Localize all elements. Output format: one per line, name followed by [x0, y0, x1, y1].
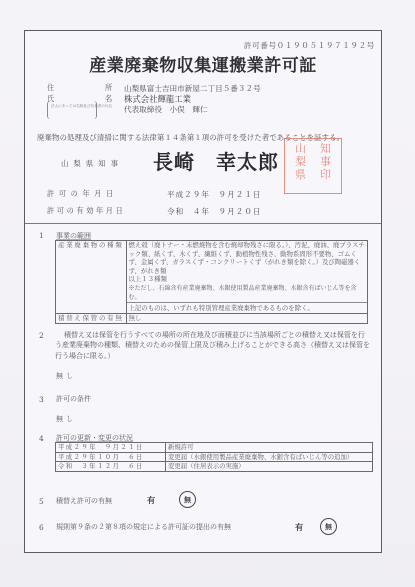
permit-number: 許可番号０１９０５１９７１９２号: [244, 40, 375, 51]
section-2-text: 積替え又は保管を行うすべての場所の所在地及び面積並びに当該場所ごとの積替え又は保…: [55, 330, 371, 361]
section-5-title: 積替え許可の有無: [56, 496, 112, 506]
table-row: 平成２９年 ９月２１日 新規許可: [56, 443, 373, 453]
seal-char: 梨: [288, 155, 313, 168]
section-4-number: 4: [39, 434, 44, 443]
waste-type-cell: 燃え殻（廃トナー・未燃焼物を含む焼却物残さに限る。）、汚泥、廃油、廃プラスチック…: [126, 241, 367, 314]
corporate-note: 法人にあっては名称及び代表者の氏名: [47, 101, 97, 119]
seal-char: 印: [313, 168, 338, 181]
seal-char: 事: [313, 155, 338, 168]
section-divider: [25, 223, 381, 224]
waste-type-header: 産業廃棄物の種類: [56, 241, 127, 314]
renewal-history-table: 平成２９年 ９月２１日 新規許可 平成２９年１０月 ６日 変更届（水銀使用製品産…: [55, 442, 373, 472]
document-title: 産業廃棄物収集運搬業許可証: [25, 51, 381, 76]
section-6-number: 6: [39, 523, 44, 532]
table-row: 令和 ３年１２月 ６日 変更届（住居表示の実施）: [56, 462, 373, 472]
expiry-date-value: 令和 ４年 ９月２０日: [167, 206, 262, 217]
governor-label: 山梨県知事: [61, 158, 123, 169]
storage-header: 積替え保管の有無: [56, 314, 127, 324]
renewal-event: 変更届（水銀使用製品産業廃棄物、水銀含有ばいじん等の追加）: [166, 452, 373, 462]
section-6-no-option-circled: 無: [320, 518, 337, 535]
permit-date-label: 許可の年月日: [47, 189, 118, 199]
governor-name: 長崎 幸太郎: [153, 146, 279, 175]
expiry-date-label: 許可の有効年月日: [47, 206, 125, 216]
seal-char: 山: [288, 142, 313, 155]
table-row: 平成２９年１０月 ６日 変更届（水銀使用製品産業廃棄物、水銀含有ばいじん等の追加…: [56, 452, 373, 462]
renewal-date: 平成２９年 ９月２１日: [56, 443, 166, 453]
section-5-yes-option: 有: [147, 495, 155, 506]
waste-count: 以上１３種類: [127, 275, 367, 284]
address-label-1: 住: [47, 83, 54, 93]
section-5-number: 5: [39, 497, 44, 506]
asbestos-note: ※ただし、石綿含有産業廃棄物、水銀使用製品産業廃棄物、水銀含有ばいじん等を含む。: [127, 284, 367, 302]
section-6-title: 規則第９条の２第８項の規定による許可証の提出の有無: [56, 522, 231, 532]
representative-name: 代表取締役 小俣 輝仁: [124, 104, 208, 115]
official-seal: 山 知 梨 事 県 印: [284, 138, 342, 194]
renewal-event: 変更届（住居表示の実施）: [166, 462, 373, 472]
certificate-frame: 許可番号０１９０５１９７１９２号 産業廃棄物収集運搬業許可証 住 所 山梨県富士…: [24, 30, 382, 553]
section-3-title: 許可の条件: [56, 394, 91, 404]
business-scope-table: 産業廃棄物の種類 燃え殻（廃トナー・未燃焼物を含む焼却物残さに限る。）、汚泥、廃…: [55, 240, 368, 324]
address-label-2: 所: [105, 83, 112, 93]
scanned-page: 許可番号０１９０５１９７１９２号 産業廃棄物収集運搬業許可証 住 所 山梨県富士…: [0, 0, 415, 587]
section-3-value: 無し: [56, 414, 76, 424]
section-1-number: 1: [39, 231, 44, 240]
permit-date-value: 平成２９年 ９月２１日: [167, 189, 262, 200]
name-label-2: 名: [105, 94, 112, 104]
storage-value: 無し: [126, 314, 367, 324]
exclusion-note: 上記のものは、いずれも特別管理産業廃棄物であるものを除く。: [127, 302, 367, 313]
section-2-value: 無し: [56, 371, 76, 381]
section-3-number: 3: [39, 395, 44, 404]
waste-types: 燃え殻（廃トナー・未燃焼物を含む焼却物残さに限る。）、汚泥、廃油、廃プラスチック…: [127, 241, 367, 275]
seal-char: 知: [313, 142, 338, 155]
renewal-date: 平成２９年１０月 ６日: [56, 452, 166, 462]
section-6-yes-option: 有: [295, 522, 303, 533]
renewal-event: 新規許可: [166, 443, 373, 453]
section-5-no-option-circled: 無: [179, 491, 196, 508]
seal-char: 県: [288, 168, 313, 181]
section-2-number: 2: [39, 331, 44, 340]
renewal-date: 令和 ３年１２月 ６日: [56, 462, 166, 472]
